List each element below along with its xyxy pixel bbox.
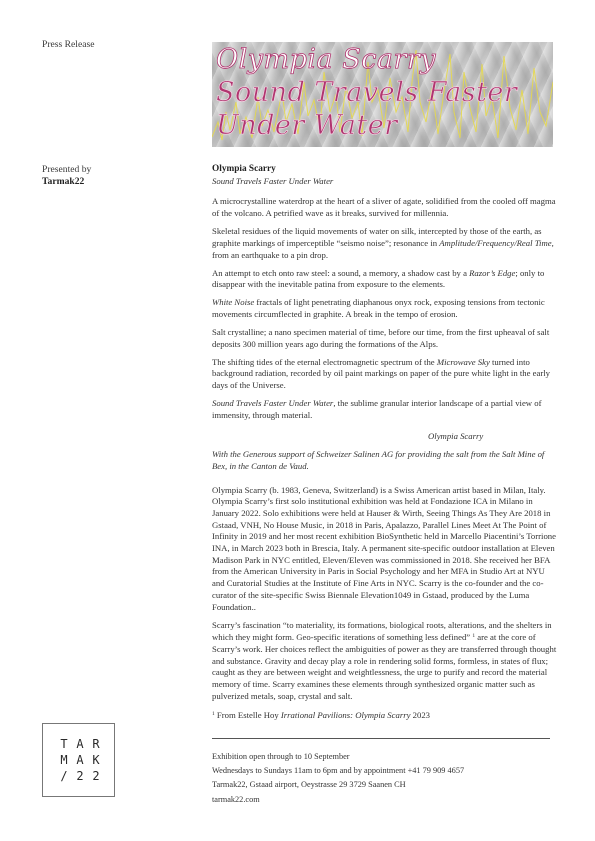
paragraph-silk: Skeletal residues of the liquid movement… [212,226,557,261]
website-link[interactable]: tarmak22.com [212,793,464,807]
banner-title-line-2: Under Water [216,110,398,141]
paragraph-exhibition: Sound Travels Faster Under Water, the su… [212,398,557,421]
paragraph-salt: Salt crystalline; a nano specimen materi… [212,327,557,350]
sponsor-note: With the Generous support of Schweizer S… [212,449,557,472]
cited-title: Irrational Pavilions: Olympia Scarry [281,710,411,720]
press-release-body: Olympia Scarry Sound Travels Faster Unde… [212,163,557,728]
paragraph-microwave: The shifting tides of the eternal electr… [212,357,557,392]
artist-biography: Olympia Scarry (b. 1983, Geneva, Switzer… [212,485,557,614]
opening-hours-phone: Wednesdays to Sundays 11am to 6pm and by… [212,764,464,778]
logo-letter: 2 [72,768,88,784]
work-title: Amplitude/Frequency/Real Time [439,238,551,248]
exhibition-dates: Exhibition open through to 10 September [212,750,464,764]
paragraph-onyx: White Noise fractals of light penetratin… [212,297,557,320]
logo-letter: K [88,752,104,768]
paragraph-steel: An attempt to etch onto raw steel: a sou… [212,268,557,291]
doc-type-label: Press Release [42,39,95,51]
exhibition-heading: Olympia Scarry Sound Travels Faster Unde… [212,163,557,187]
paragraph-agate: A microcrystalline waterdrop at the hear… [212,196,557,219]
work-title: Microwave Sky [437,357,490,367]
logo-letter: / [56,768,72,784]
artist-name: Olympia Scarry [212,164,276,174]
paragraph-fascination: Scarry’s fascination “to materiality, it… [212,620,557,703]
work-title: Razor’s Edge [469,268,515,278]
logo-letter: 2 [88,768,104,784]
presenter-block: Presented by Tarmak22 [42,164,91,188]
exhibition-title: Sound Travels Faster Under Water [212,176,333,186]
banner-title-line-1: Sound Travels Faster [216,77,517,108]
work-title: Sound Travels Faster Under Water [212,398,333,408]
logo-letter: R [88,736,104,752]
logo-letter: A [72,736,88,752]
exhibition-info: Exhibition open through to 10 September … [212,750,464,807]
logo-letter: A [72,752,88,768]
venue-address: Tarmak22, Gstaad airport, Oeystrasse 29 … [212,778,464,792]
presented-by-label: Presented by [42,164,91,176]
banner-artist-name: Olympia Scarry [216,44,436,75]
presenter-name: Tarmak22 [42,176,91,188]
artist-signature: Olympia Scarry [212,431,557,443]
logo-letter: T [56,736,72,752]
tarmak22-logo: T A R M A K / 2 2 [42,723,115,797]
work-title: White Noise [212,297,254,307]
footer-divider [212,738,550,739]
logo-letter: M [56,752,72,768]
exhibition-banner-image: Olympia Scarry Sound Travels Faster Unde… [212,42,553,147]
footnote: 1 From Estelle Hoy Irrational Pavilions:… [212,709,557,722]
